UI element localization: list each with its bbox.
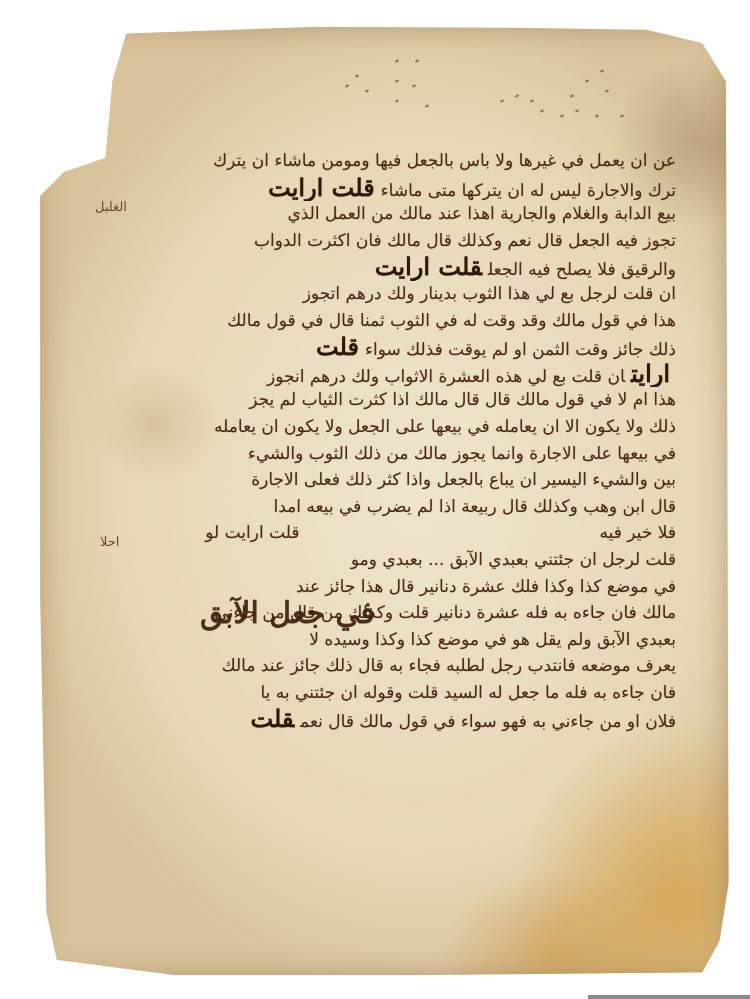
pricking-holes [340, 55, 630, 135]
text-line: تجوز فيه الجعل قال نعم وكذلك قال مالك فا… [128, 228, 676, 255]
text-line: فلا خير فيهقلت ارايت لو [128, 520, 676, 547]
rubric-word: قلت [310, 334, 365, 361]
text-line: قلت لرجل ان جئتني بعبدي الآبق ... بعبدي … [128, 547, 676, 574]
text-line: والرقيق فلا يصلح فيه الجعلقلت ارايت [128, 254, 676, 281]
rubric-word: قلت ارايت [369, 254, 488, 281]
text-line: قال ابن وهب وكذلك قال ربيعة اذا لم يضرب … [128, 494, 676, 521]
rubric-word: قلت ارايت [262, 175, 381, 202]
text-line: هذا في قول مالك وقد وقت له في الثوب ثمنا… [128, 308, 676, 335]
text-line: ان قلت لرجل بع لي هذا الثوب بدينار ولك د… [128, 281, 676, 308]
text-line: يعرف موضعه فانتدب رجل لطلبه فجاء به قال … [128, 653, 676, 680]
text-line: فان جاءه به فله ما جعل له السيد قلت وقول… [128, 680, 676, 707]
text-line: في بيعها على الاجارة وانما يجوز مالك من … [128, 441, 676, 468]
text-line: ذلك جائز وقت الثمن او لم يوقت فذلك سواءق… [128, 334, 676, 361]
rubric-word: ارايت [625, 361, 676, 388]
section-heading: في جعل الآبق [200, 596, 375, 631]
text-line: بيع الدابة والغلام والجارية اهذا عند مال… [128, 201, 676, 228]
margin-note-upper: الغلبل [95, 200, 127, 215]
text-line: ترك والاجارة ليس له ان يتركها متى ماشاءق… [128, 175, 676, 202]
text-line: عن ان يعمل في غيرها ولا باس بالجعل فيها … [128, 148, 676, 175]
rubric-word: قلت [244, 706, 300, 733]
text-line: بين والشيء اليسير ان يباع بالجعل واذا كث… [128, 467, 676, 494]
text-line: ارايتان قلت بع لي هذه العشرة الاثواب ولك… [128, 361, 676, 388]
image-border-bar [588, 995, 750, 999]
main-text-block: عن ان يعمل في غيرها ولا باس بالجعل فيها … [128, 148, 676, 733]
text-line: هذا ام لا في قول مالك قال قال مالك اذا ك… [128, 387, 676, 414]
margin-note-middle: احلا [100, 535, 119, 550]
text-line: ذلك ولا يكون الا ان يعامله في بيعها على … [128, 414, 676, 441]
text-line: فلان او من جاءني به فهو سواء في قول مالك… [128, 706, 676, 733]
